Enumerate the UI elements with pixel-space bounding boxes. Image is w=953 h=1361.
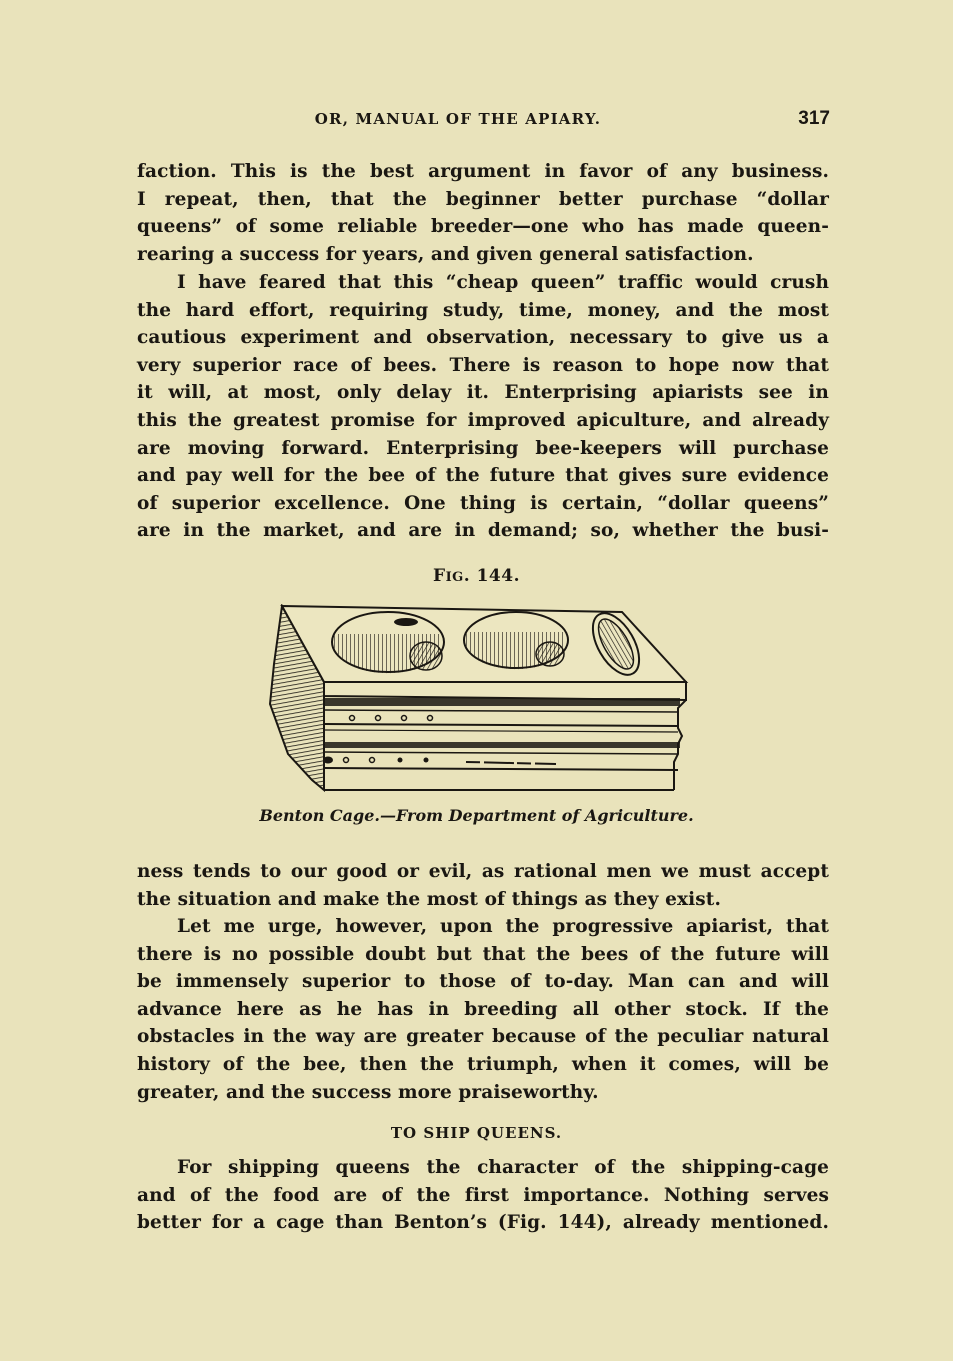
text-line: and pay well for the bee of the future t… — [137, 462, 829, 490]
figure-label: FIG. 144. — [0, 566, 953, 586]
text-line: be immensely superior to those of to-day… — [137, 968, 829, 996]
text-line: this the greatest promise for improved a… — [137, 407, 829, 435]
text-line: advance here as he has in breeding all o… — [137, 996, 829, 1024]
text-line: obstacles in the way are greater because… — [137, 1023, 829, 1051]
text-line: the hard effort, requiring study, time, … — [137, 297, 829, 325]
text-line: better for a cage than Benton’s (Fig. 14… — [137, 1209, 829, 1237]
text-line: rearing a success for years, and given g… — [137, 241, 829, 269]
running-title: OR, MANUAL OF THE APIARY. — [138, 110, 778, 128]
text-line: For shipping queens the character of the… — [137, 1154, 829, 1182]
running-head: OR, MANUAL OF THE APIARY. 317 — [138, 108, 830, 132]
text-line: are moving forward. Enterprising bee-kee… — [137, 435, 829, 463]
text-line: ness tends to our good or evil, as ratio… — [137, 858, 829, 886]
figure-label-smallcaps: IG — [446, 570, 464, 585]
text-line: the situation and make the most of thing… — [137, 886, 829, 914]
paragraph-5: For shipping queens the character of the… — [137, 1154, 829, 1237]
benton-cage-illustration — [266, 604, 694, 794]
text-line: faction. This is the best argument in fa… — [137, 158, 829, 186]
text-line: history of the bee, then the triumph, wh… — [137, 1051, 829, 1079]
text-line: I repeat, then, that the beginner better… — [137, 186, 829, 214]
benton-cage-icon — [266, 604, 694, 794]
text-line: very superior race of bees. There is rea… — [137, 352, 829, 380]
text-line: Let me urge, however, upon the progressi… — [137, 913, 829, 941]
text-line: of superior excellence. One thing is cer… — [137, 490, 829, 518]
paragraph-2: I have feared that this “cheap queen” tr… — [137, 269, 829, 545]
paragraph-4: Let me urge, however, upon the progressi… — [137, 913, 829, 1106]
paragraph-1: faction. This is the best argument in fa… — [137, 158, 829, 268]
figure-label-prefix: F — [433, 566, 446, 586]
section-heading: TO SHIP QUEENS. — [0, 1124, 953, 1142]
text-line: I have feared that this “cheap queen” tr… — [137, 269, 829, 297]
text-line: it will, at most, only delay it. Enterpr… — [137, 379, 829, 407]
figure-label-number: . 144. — [464, 566, 520, 586]
text-line: cautious experiment and observation, nec… — [137, 324, 829, 352]
text-line: there is no possible doubt but that the … — [137, 941, 829, 969]
text-line: queens” of some reliable breeder—one who… — [137, 213, 829, 241]
text-line: and of the food are of the first importa… — [137, 1182, 829, 1210]
figure-caption: Benton Cage.—From Department of Agricult… — [0, 806, 953, 825]
text-line: greater, and the success more praisewort… — [137, 1079, 829, 1107]
paragraph-3: ness tends to our good or evil, as ratio… — [137, 858, 829, 913]
text-line: are in the market, and are in demand; so… — [137, 517, 829, 545]
page-number: 317 — [798, 108, 830, 130]
